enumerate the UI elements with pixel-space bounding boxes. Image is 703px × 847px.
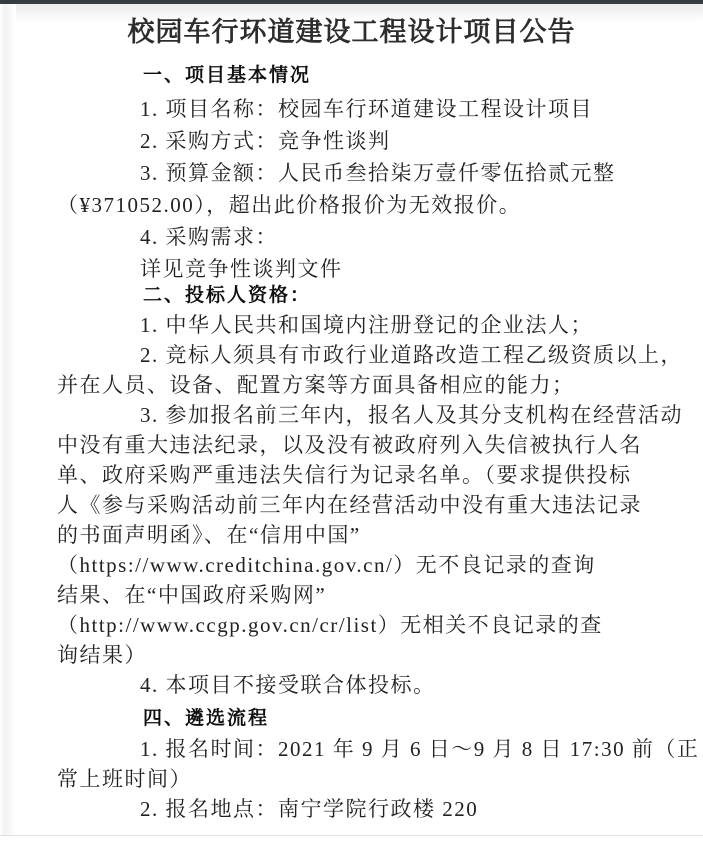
document-line: 结果、在“中国政府采购网” — [57, 580, 657, 610]
document-line: 常上班时间） — [57, 764, 657, 794]
document-line: 2. 采购方式：竞争性谈判 — [57, 125, 657, 157]
document-line: 4. 采购需求： — [57, 221, 657, 253]
document-section: 四、遴选流程1. 报名时间：2021 年 9 月 6 日～9 月 8 日 17:… — [57, 705, 657, 824]
page-title: 校园车行环道建设工程设计项目公告 — [0, 15, 703, 49]
document-line: 中没有重大违法纪录，以及没有被政府列入失信被执行人名 — [57, 430, 657, 460]
section-heading: 二、投标人资格： — [143, 285, 657, 310]
document-page: { "document": { "title": "校园车行环道建设工程设计项目… — [0, 0, 703, 847]
document-line: 的书面声明函》、在“信用中国” — [57, 520, 657, 550]
document-line: 3. 预算金额：人民币叁拾柒万壹仟零伍拾贰元整 — [57, 157, 657, 189]
document-section: 一、项目基本情况1. 项目名称：校园车行环道建设工程设计项目2. 采购方式：竞争… — [57, 62, 657, 285]
document-section: 二、投标人资格：1. 中华人民共和国境内注册登记的企业法人；2. 竞标人须具有市… — [57, 285, 657, 700]
document-line: 4. 本项目不接受联合体投标。 — [57, 670, 657, 700]
document-line: 1. 报名时间：2021 年 9 月 6 日～9 月 8 日 17:30 前（正 — [57, 734, 657, 764]
document-line: 单、政府采购严重违法失信行为记录名单。（要求提供投标 — [57, 460, 657, 490]
page-left-shadow — [0, 4, 16, 835]
document-body: 一、项目基本情况1. 项目名称：校园车行环道建设工程设计项目2. 采购方式：竞争… — [57, 62, 657, 824]
document-line: 2. 报名地点：南宁学院行政楼 220 — [57, 794, 657, 824]
document-line: 详见竞争性谈判文件 — [57, 253, 657, 285]
document-line: 人《参与采购活动前三年内在经营活动中没有重大违法记录 — [57, 490, 657, 520]
document-line: 并在人员、设备、配置方案等方面具备相应的能力； — [57, 370, 657, 400]
section-heading: 一、项目基本情况 — [143, 62, 657, 93]
section-heading: 四、遴选流程 — [143, 705, 657, 734]
window-top-edge — [0, 0, 703, 4]
document-line: 2. 竞标人须具有市政行业道路改造工程乙级资质以上， — [57, 340, 657, 370]
document-line: 询结果） — [57, 640, 657, 670]
document-line: （¥371052.00），超出此价格报价为无效报价。 — [57, 189, 657, 221]
document-line: 3. 参加报名前三年内，报名人及其分支机构在经营活动 — [57, 400, 657, 430]
document-line: （http://www.ccgp.gov.cn/cr/list）无相关不良记录的… — [57, 610, 657, 640]
document-line: 1. 中华人民共和国境内注册登记的企业法人； — [57, 310, 657, 340]
document-line: 1. 项目名称：校园车行环道建设工程设计项目 — [57, 93, 657, 125]
document-line: （https://www.creditchina.gov.cn/）无不良记录的查… — [57, 550, 657, 580]
page-edge-divider — [0, 835, 703, 836]
